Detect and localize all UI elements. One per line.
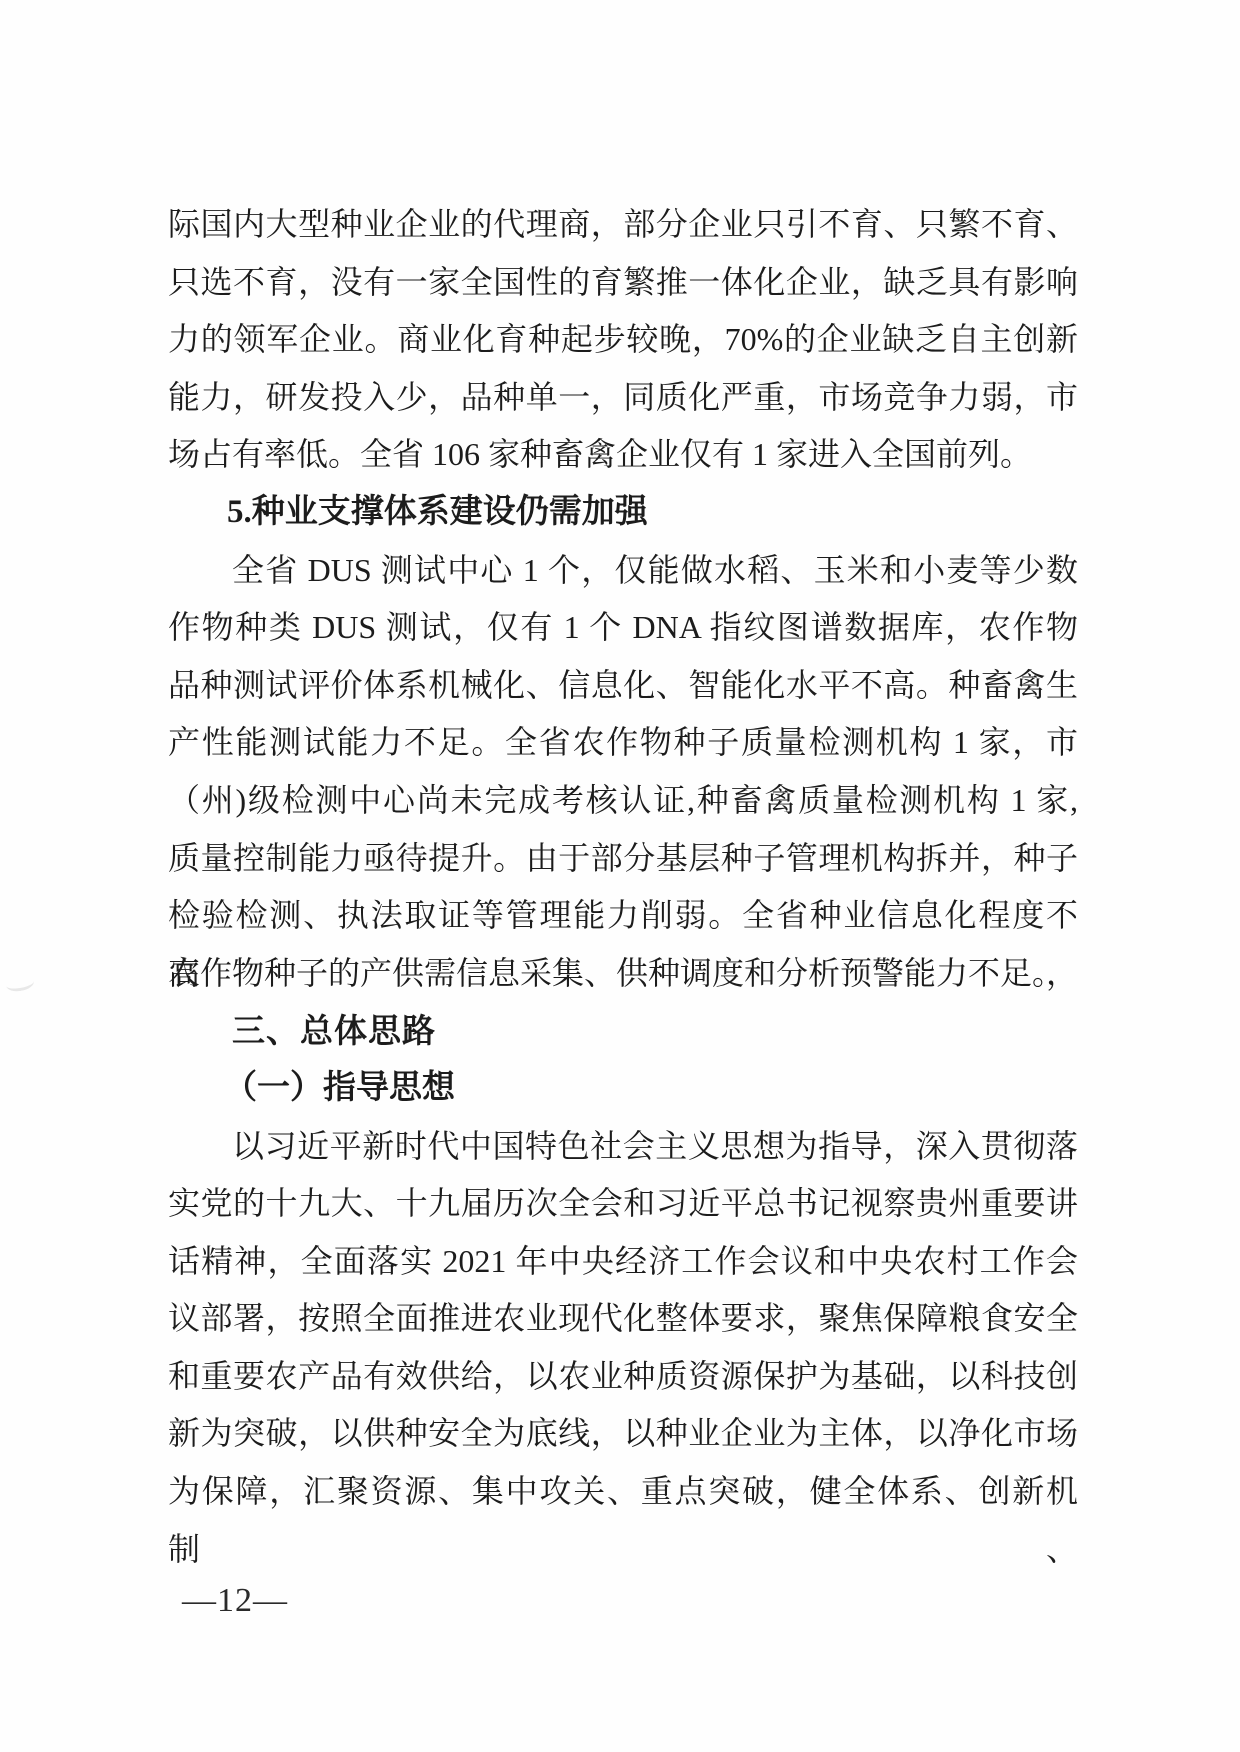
text-line: （州)级检测中心尚未完成考核认证,种畜禽质量检测机构 1 家, [168,772,1078,830]
scan-smudge-mark [5,974,35,994]
text-line: 以习近平新时代中国特色社会主义思想为指导，深入贯彻落 [168,1118,1078,1176]
text-line: 全省 DUS 测试中心 1 个，仅能做水稻、玉米和小麦等少数 [168,542,1078,600]
text-line: 和重要农产品有效供给，以农业种质资源保护为基础，以科技创 [168,1348,1078,1406]
text-line: 新为突破，以供种安全为底线，以种业企业为主体，以净化市场 [168,1405,1078,1463]
text-line: 场占有率低。全省 106 家种畜禽企业仅有 1 家进入全国前列。 [168,426,1078,484]
text-line: 话精神，全面落实 2021 年中央经济工作会议和中央农村工作会 [168,1233,1078,1291]
text-line: 议部署，按照全面推进农业现代化整体要求，聚焦保障粮食安全 [168,1290,1078,1348]
text-line: 产性能测试能力不足。全省农作物种子质量检测机构 1 家，市 [168,714,1078,772]
text-line: 质量控制能力亟待提升。由于部分基层种子管理机构拆并，种子 [168,830,1078,888]
text-line: 作物种类 DUS 测试，仅有 1 个 DNA 指纹图谱数据库，农作物 [168,599,1078,657]
text-line: 为保障，汇聚资源、集中攻关、重点突破，健全体系、创新机制、 [168,1463,1078,1521]
page-number: —12— [182,1580,288,1622]
text-line: 只选不育，没有一家全国性的育繁推一体化企业，缺乏具有影响 [168,254,1078,312]
text-line: 能力，研发投入少，品种单一，同质化严重，市场竞争力弱，市 [168,369,1078,427]
section-heading-three: 三、总体思路 [168,1002,1078,1060]
subsection-heading-one: （一）指导思想 [168,1060,1078,1118]
text-line: 实党的十九大、十九届历次全会和习近平总书记视察贵州重要讲 [168,1175,1078,1233]
document-page: 际国内大型种业企业的代理商，部分企业只引不育、只繁不育、 只选不育，没有一家全国… [0,0,1240,1752]
text-line: 品种测试评价体系机械化、信息化、智能化水平不高。种畜禽生 [168,657,1078,715]
section-heading-5: 5.种业支撑体系建设仍需加强 [168,484,1078,542]
text-block: 际国内大型种业企业的代理商，部分企业只引不育、只繁不育、 只选不育，没有一家全国… [168,196,1078,1521]
text-line: 农作物种子的产供需信息采集、供种调度和分析预警能力不足。 [168,945,1078,1003]
text-line: 检验检测、执法取证等管理能力削弱。全省种业信息化程度不高， [168,887,1078,945]
text-line: 际国内大型种业企业的代理商，部分企业只引不育、只繁不育、 [168,196,1078,254]
text-line: 力的领军企业。商业化育种起步较晚，70%的企业缺乏自主创新 [168,311,1078,369]
